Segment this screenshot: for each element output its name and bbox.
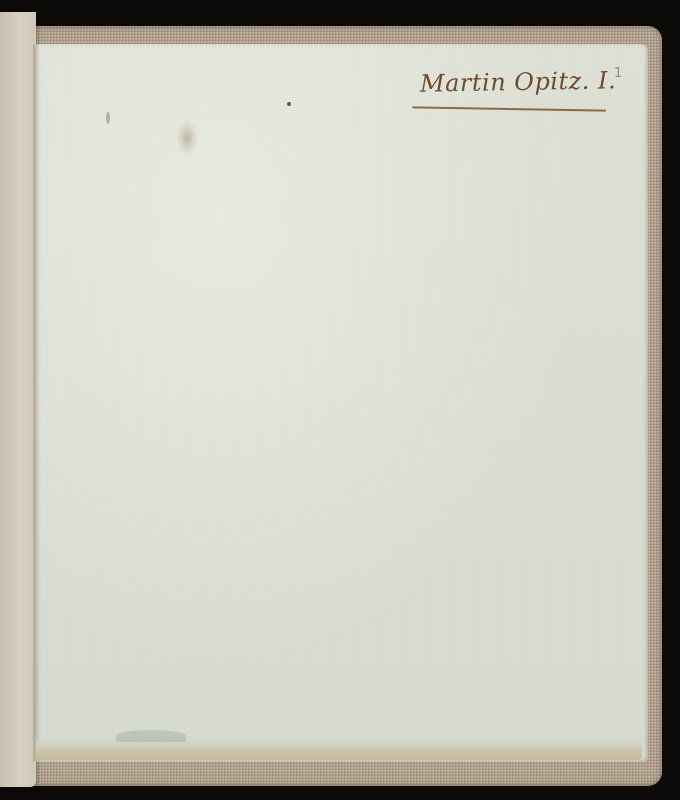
faint-mark [106, 112, 110, 124]
handwritten-label-text: Martin Opitz. I. [420, 66, 617, 97]
stain-mark [176, 120, 198, 156]
page-block-edges [36, 736, 642, 760]
label-underline [412, 106, 606, 111]
pencil-folio-number: 1 [614, 66, 622, 81]
handwritten-label: Martin Opitz. I. [412, 62, 608, 118]
photo-stage: Martin Opitz. I. 1 [0, 0, 680, 800]
facing-leaf [0, 12, 36, 787]
ink-dot [287, 102, 291, 106]
gutter-shadow [33, 44, 41, 762]
endpaper-page [36, 44, 648, 762]
